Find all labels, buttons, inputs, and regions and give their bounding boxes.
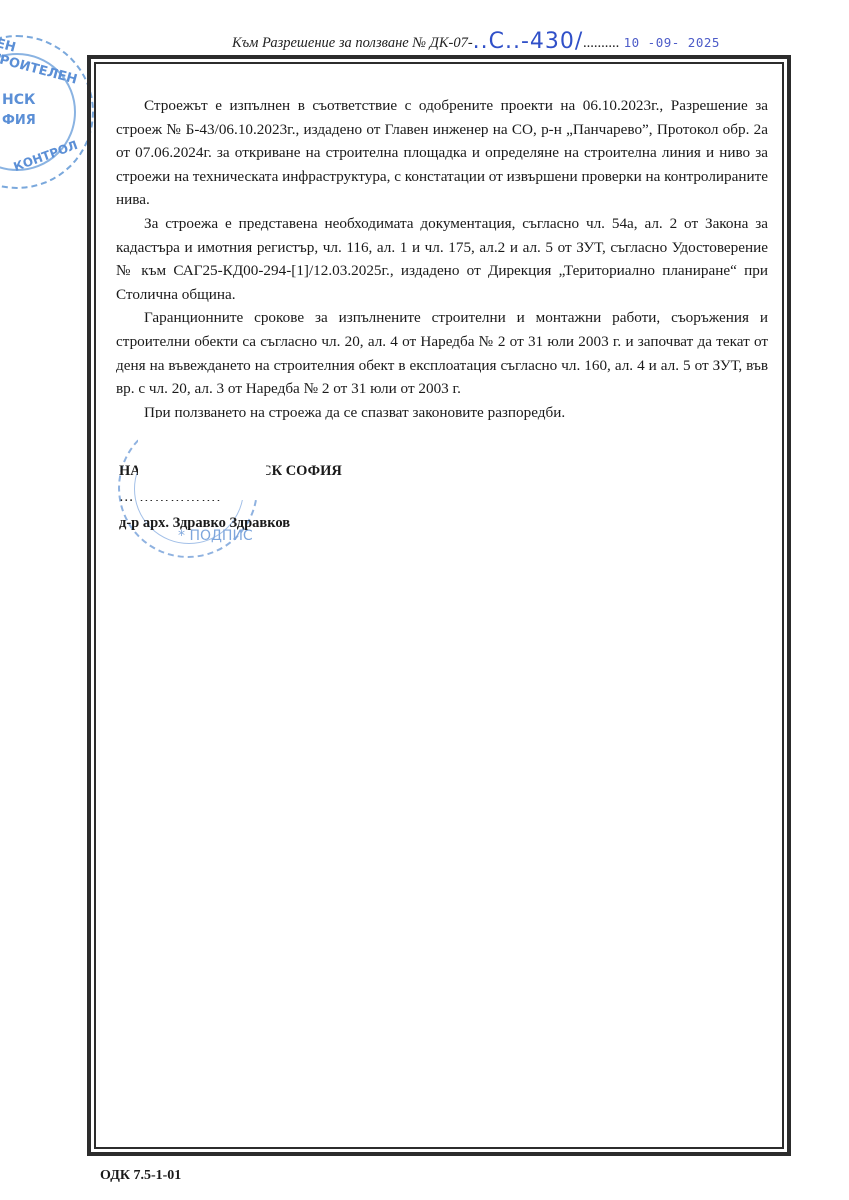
- seal-center-line-1: НСК: [2, 92, 35, 108]
- redacted-signature-area: [138, 418, 266, 500]
- paragraph-documentation: За строежа е представена необходимата до…: [116, 212, 768, 306]
- signatory-name: д-р арх. Здравко Здравков: [119, 510, 342, 536]
- paragraph-compliance: Строежът е изпълнен в съответствие с одо…: [116, 94, 768, 212]
- official-seal-top-icon: ЛЕН СТРОИТЕЛЕН НСК ФИЯ КОНТРОЛ: [0, 35, 94, 189]
- paragraph-warranty: Гаранционните срокове за изпълнените стр…: [116, 306, 768, 400]
- seal-center-line-2: ФИЯ: [2, 113, 36, 128]
- form-code: ОДК 7.5-1-01: [100, 1168, 181, 1184]
- document-reference-header: Към Разрешение за ползване № ДК-07-..С..…: [232, 28, 732, 52]
- reference-prefix: Към Разрешение за ползване № ДК-07-: [232, 35, 473, 51]
- handwritten-permit-number: ..С..-430/: [473, 29, 584, 54]
- document-body: Строежът е изпълнен в съответствие с одо…: [116, 94, 768, 424]
- date-stamp: 10 -09- 2025: [624, 35, 720, 50]
- filler-dots: ..........: [583, 35, 619, 51]
